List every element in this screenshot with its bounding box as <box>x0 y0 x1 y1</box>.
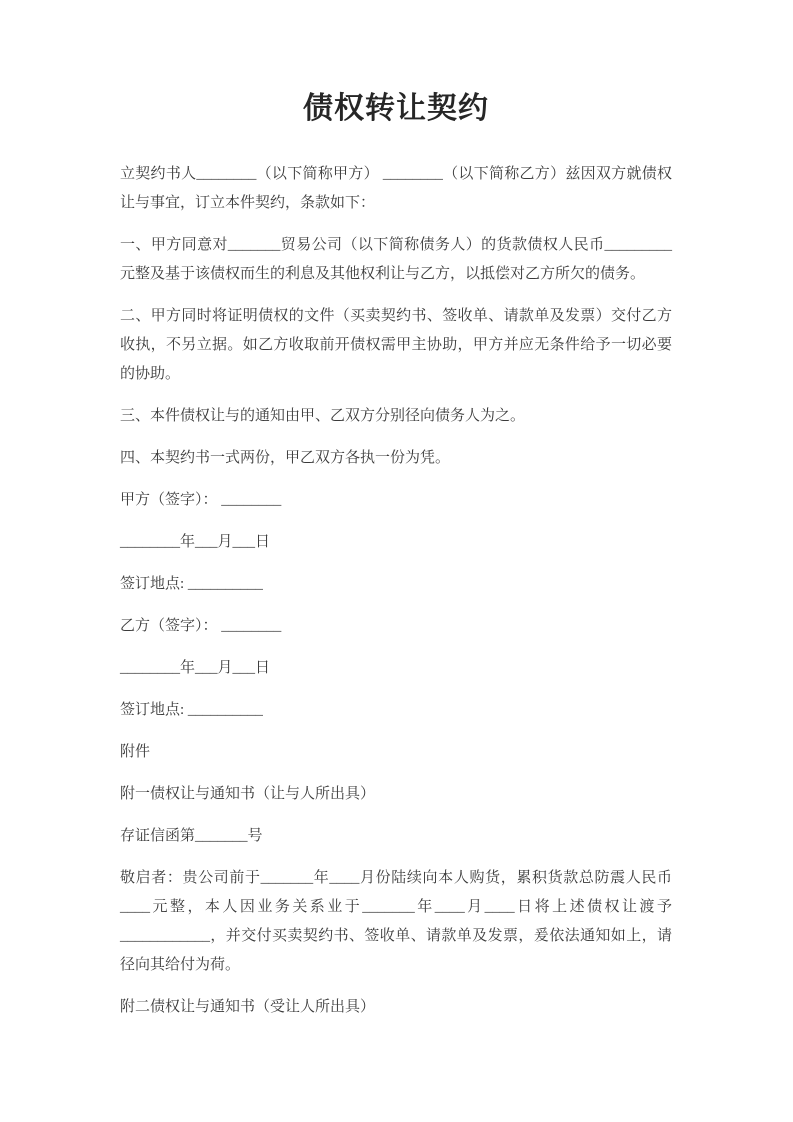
attachment-2-title: 附二债权让与通知书（受让人所出具） <box>120 993 672 1022</box>
document-title: 债权转让契约 <box>120 88 672 130</box>
document-page: 债权转让契约 立契约书人________（以下简称甲方） ________（以下… <box>0 0 793 1122</box>
clause-1: 一、甲方同意对_______贸易公司（以下简称债务人）的货款债权人民币_____… <box>120 231 672 289</box>
clause-4: 四、本契约书一式两份，甲乙双方各执一份为凭。 <box>120 444 672 473</box>
party-b-signature-line: 乙方（签字）： ________ <box>120 612 672 641</box>
attachments-heading: 附件 <box>120 738 672 767</box>
clause-2: 二、甲方同时将证明债权的文件（买卖契约书、签收单、请款单及发票）交付乙方收执，不… <box>120 302 672 389</box>
attachment-1-title: 附一债权让与通知书（让与人所出具） <box>120 780 672 809</box>
attachment-1-letter-number-line: 存证信函第_______号 <box>120 822 672 851</box>
intro-paragraph: 立契约书人________（以下简称甲方） ________（以下简称乙方）兹因… <box>120 160 672 218</box>
party-a-signature-line: 甲方（签字）： ________ <box>120 486 672 515</box>
attachment-1-notice-body: 敬启者：贵公司前于_______年____月份陆续向本人购货，累积货款总防震人民… <box>120 864 672 980</box>
party-a-place-line: 签订地点: __________ <box>120 570 672 599</box>
clause-3: 三、本件债权让与的通知由甲、乙双方分别径向债务人为之。 <box>120 402 672 431</box>
party-b-place-line: 签订地点: __________ <box>120 696 672 725</box>
party-b-date-line: ________年___月___日 <box>120 654 672 683</box>
party-a-date-line: ________年___月___日 <box>120 528 672 557</box>
